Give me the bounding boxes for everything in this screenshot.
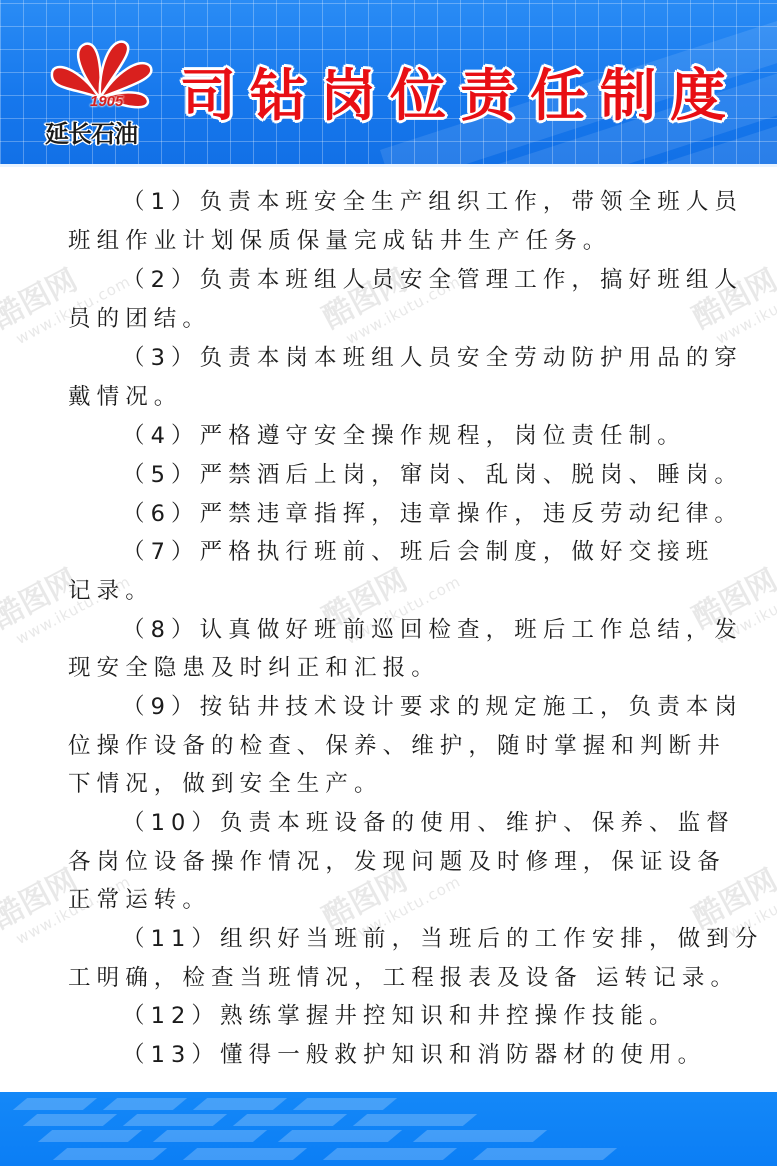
rule-line: 下情况，做到安全生产。 — [68, 765, 713, 803]
rule-line: （13）懂得一般救护知识和消防器材的使用。 — [122, 1036, 767, 1074]
logo-company-name: 延长石油 — [45, 114, 137, 149]
decorative-tile — [233, 1114, 347, 1126]
rule-line: （6）严禁违章指挥，违章操作，违反劳动纪律。 — [122, 495, 767, 533]
rule-line: 现安全隐患及时纠正和汇报。 — [68, 649, 713, 687]
rule-line: 班组作业计划保质保量完成钻井生产任务。 — [68, 222, 713, 260]
rule-line: 位操作设备的检查、保养、维护，随时掌握和判断井 — [68, 727, 713, 765]
decorative-tile — [323, 1148, 457, 1160]
decorative-tile — [23, 1114, 117, 1126]
decorative-tile — [123, 1114, 227, 1126]
decorative-tile — [473, 1148, 617, 1160]
decorative-tile — [38, 1130, 142, 1142]
rule-line: （10）负责本班设备的使用、维护、保养、监督 — [122, 804, 767, 842]
rule-line: 正常运转。 — [68, 881, 713, 919]
rule-line: 记录。 — [68, 572, 713, 610]
rule-line: 员的团结。 — [68, 300, 713, 338]
footer-banner — [0, 1092, 777, 1166]
rule-line: 工明确，检查当班情况，工程报表及设备 运转记录。 — [68, 959, 713, 997]
rule-line: （7）严格执行班前、班后会制度，做好交接班 — [122, 533, 767, 571]
header-banner: 1905 延长石油 司钻岗位责任制度 — [0, 0, 777, 167]
page-title: 司钻岗位责任制度 — [180, 52, 740, 132]
rule-line: （2）负责本班组人员安全管理工作，搞好班组人 — [122, 261, 767, 299]
decorative-tile — [53, 1148, 167, 1160]
rule-line: 各岗位设备操作情况，发现问题及时修理，保证设备 — [68, 843, 713, 881]
company-logo: 1905 延长石油 — [40, 28, 160, 148]
rule-line: （1）负责本班安全生产组织工作，带领全班人员 — [122, 183, 767, 221]
decorative-tile — [278, 1130, 402, 1142]
decorative-tile — [153, 1130, 267, 1142]
decorative-tile — [353, 1114, 477, 1126]
decorative-tile — [193, 1098, 287, 1110]
decorative-tile — [293, 1098, 397, 1110]
decorative-tile — [183, 1148, 307, 1160]
rule-line: 戴情况。 — [68, 378, 713, 416]
document-body: 酷图网www.ikutu.com 酷图网www.ikutu.com 酷图网www… — [0, 167, 777, 1092]
rule-line: （5）严禁酒后上岗，窜岗、乱岗、脱岗、睡岗。 — [122, 456, 767, 494]
decorative-tile — [13, 1098, 97, 1110]
rule-line: （11）组织好当班前，当班后的工作安排，做到分 — [122, 920, 767, 958]
decorative-tile — [103, 1098, 187, 1110]
logo-year: 1905 — [90, 93, 123, 110]
decorative-tile — [413, 1130, 547, 1142]
rule-line: （9）按钻井技术设计要求的规定施工，负责本岗 — [122, 688, 767, 726]
rule-line: （12）熟练掌握井控知识和井控操作技能。 — [122, 997, 767, 1035]
rule-line: （3）负责本岗本班组人员安全劳动防护用品的穿 — [122, 339, 767, 377]
rule-line: （8）认真做好班前巡回检查，班后工作总结，发 — [122, 611, 767, 649]
rule-line: （4）严格遵守安全操作规程，岗位责任制。 — [122, 417, 767, 455]
